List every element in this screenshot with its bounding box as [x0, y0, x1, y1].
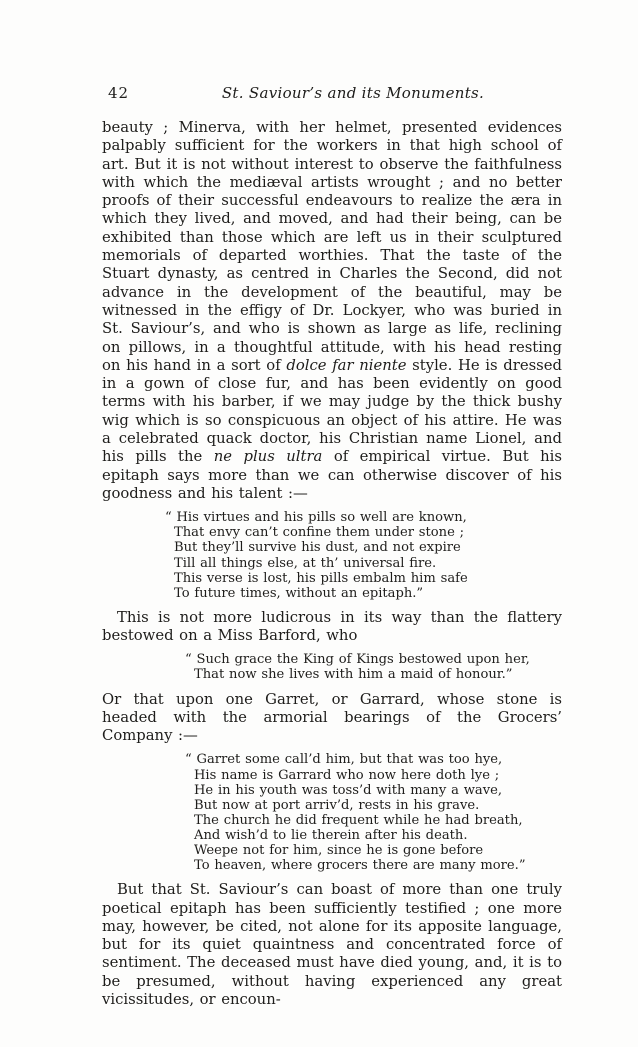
- verse-line: Till all things else, at th’ universal f…: [165, 556, 562, 571]
- verse-line: That now she lives with him a maid of ho…: [185, 667, 562, 682]
- page-number: 42: [102, 84, 174, 102]
- running-head: 42 St. Saviour’s and its Monuments.: [102, 84, 562, 102]
- verse-line: This verse is lost, his pills embalm him…: [165, 571, 562, 586]
- text-segment: But that St. Saviour’s can boast of more…: [102, 881, 562, 1008]
- verse-quote: “ His virtues and his pills so well are …: [102, 510, 562, 601]
- verse-line: “ Such grace the King of Kings bestowed …: [185, 652, 562, 667]
- verse-line: “ His virtues and his pills so well are …: [165, 510, 562, 525]
- verse-line: To future times, without an epitaph.”: [165, 586, 562, 601]
- running-title: St. Saviour’s and its Monuments.: [174, 84, 522, 102]
- verse-line: That envy can’t confine them under stone…: [165, 525, 562, 540]
- paragraph: beauty ; Minerva, with her helmet, prese…: [102, 119, 562, 503]
- verse-line: “ Garret some call’d him, but that was t…: [185, 752, 562, 767]
- scanned-book-page: { "page": { "number": "42", "running_tit…: [0, 0, 638, 1047]
- verse-line: His name is Garrard who now here doth ly…: [185, 768, 562, 783]
- text-segment: This is not more ludicrous in its way th…: [102, 609, 562, 644]
- paragraph: This is not more ludicrous in its way th…: [102, 609, 562, 646]
- verse-line: But now at port arriv’d, rests in his gr…: [185, 798, 562, 813]
- italic-phrase: dolce far niente: [286, 357, 406, 374]
- page-body-text: beauty ; Minerva, with her helmet, prese…: [102, 119, 562, 1009]
- book-page: 42 St. Saviour’s and its Monuments. beau…: [102, 84, 562, 1009]
- verse-quote: “ Such grace the King of Kings bestowed …: [102, 652, 562, 682]
- verse-line: Weepe not for him, since he is gone befo…: [185, 843, 562, 858]
- verse-line: To heaven, where grocers there are many …: [185, 858, 562, 873]
- italic-phrase: ne plus ultra: [214, 448, 323, 465]
- verse-quote: “ Garret some call’d him, but that was t…: [102, 752, 562, 873]
- verse-line: And wish’d to lie therein after his deat…: [185, 828, 562, 843]
- paragraph: But that St. Saviour’s can boast of more…: [102, 881, 562, 1009]
- text-segment: Or that upon one Garret, or Garrard, who…: [102, 691, 562, 745]
- verse-line: He in his youth was toss’d with many a w…: [185, 783, 562, 798]
- paragraph: Or that upon one Garret, or Garrard, who…: [102, 691, 562, 746]
- verse-line: The church he did frequent while he had …: [185, 813, 562, 828]
- verse-line: But they’ll survive his dust, and not ex…: [165, 540, 562, 555]
- text-segment: beauty ; Minerva, with her helmet, prese…: [102, 119, 562, 374]
